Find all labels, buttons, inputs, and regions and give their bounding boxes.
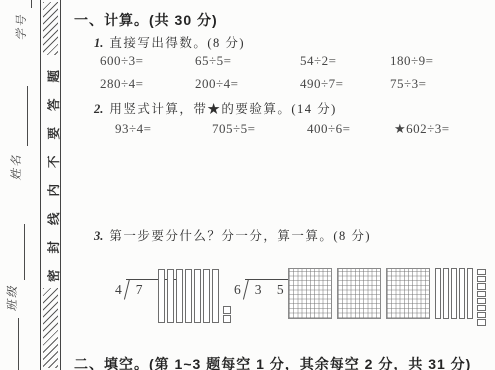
expression: 180÷9= bbox=[390, 53, 433, 69]
problem-2-number: 2. bbox=[94, 102, 103, 116]
expression: 400÷6= bbox=[307, 121, 350, 137]
tens-rod-block bbox=[194, 269, 201, 323]
ones-cube-block bbox=[477, 319, 486, 325]
tens-rod-block bbox=[467, 268, 473, 319]
seal-line-column: 密封线内不要答题 bbox=[40, 0, 61, 370]
ones-cube-block bbox=[223, 315, 231, 323]
ones-cube-block bbox=[477, 305, 486, 311]
expression: 93÷4= bbox=[115, 121, 151, 137]
ones-cube-block bbox=[477, 312, 486, 318]
base-ten-blocks-72 bbox=[158, 269, 231, 323]
tens-rod-block bbox=[212, 269, 219, 323]
problem-1-instruction: 1.直接写出得数。(8 分) bbox=[94, 33, 245, 51]
ones-cube-block bbox=[477, 276, 486, 282]
problem-3-number: 3. bbox=[94, 229, 103, 243]
division-figures: 47 2 63 5 8 bbox=[72, 265, 495, 327]
vertical-computation-row: 93÷4= 705÷5= 400÷6= ★602÷3= bbox=[72, 121, 495, 137]
section2-title: 二、填空。(第 1~3 题每空 1 分，其余每空 2 分，共 31 分) bbox=[74, 354, 471, 370]
expression: 600÷3= bbox=[100, 53, 143, 69]
class-blank-line bbox=[24, 224, 25, 280]
bottom-blank-line bbox=[18, 318, 19, 370]
tens-rod-block bbox=[158, 269, 165, 323]
expression: 54÷2= bbox=[300, 53, 336, 69]
name-blank-line bbox=[27, 86, 28, 146]
tens-rod-block bbox=[203, 269, 210, 323]
tens-rod-block bbox=[443, 268, 449, 319]
expression: 200÷4= bbox=[195, 76, 238, 92]
ones-cube-stack bbox=[477, 269, 486, 327]
hundreds-flat-block bbox=[337, 268, 381, 319]
tens-rod-block bbox=[451, 268, 457, 319]
problem-3-instruction: 3.第一步要分什么？分一分，算一算。(8 分) bbox=[94, 226, 371, 244]
worksheet-content: 一、计算。(共 30 分) 1.直接写出得数。(8 分) 600÷3= 65÷5… bbox=[72, 0, 495, 370]
ones-cube-block bbox=[477, 283, 486, 289]
class-label: 班级 bbox=[4, 280, 20, 316]
tens-rod-block bbox=[435, 268, 441, 319]
student-name-label: 姓名 bbox=[8, 149, 24, 185]
hatch-marks-bottom-icon bbox=[43, 288, 58, 368]
expression: 490÷7= bbox=[300, 76, 343, 92]
problem-1-number: 1. bbox=[94, 36, 103, 50]
hundreds-flat-block bbox=[386, 268, 430, 319]
ones-cube-block bbox=[477, 298, 486, 304]
base-ten-blocks-358 bbox=[288, 268, 486, 327]
problem-2-instruction: 2.用竖式计算，带★的要验算。(14 分) bbox=[94, 99, 337, 117]
tens-rod-block bbox=[459, 268, 465, 319]
tens-rod-block bbox=[176, 269, 183, 323]
hundreds-flat-block bbox=[288, 268, 332, 319]
ones-cube-block bbox=[223, 306, 231, 314]
tens-rod-block bbox=[185, 269, 192, 323]
problem-2-text: 用竖式计算，带★的要验算。(14 分) bbox=[109, 102, 336, 116]
expression: ★602÷3= bbox=[394, 121, 450, 137]
worksheet-page: 学号 姓名 班级 密封线内不要答题 一、计算。(共 30 分) 1.直接写出得数… bbox=[0, 0, 495, 370]
student-number-blank-line bbox=[31, 0, 32, 8]
problem-3-text: 第一步要分什么？分一分，算一算。(8 分) bbox=[109, 229, 371, 243]
expression: 705÷5= bbox=[212, 121, 255, 137]
direct-computation-row-2: 280÷4= 200÷4= 490÷7= 75÷3= bbox=[72, 76, 495, 92]
expression: 280÷4= bbox=[100, 76, 143, 92]
ones-cube-stack bbox=[223, 269, 231, 323]
hatch-marks-top-icon bbox=[43, 2, 58, 55]
section1-title: 一、计算。(共 30 分) bbox=[74, 10, 218, 30]
expression: 65÷5= bbox=[195, 53, 231, 69]
problem-1-text: 直接写出得数。(8 分) bbox=[109, 36, 245, 50]
ones-cube-block bbox=[477, 291, 486, 297]
student-number-label: 学号 bbox=[13, 9, 29, 45]
direct-computation-row-1: 600÷3= 65÷5= 54÷2= 180÷9= bbox=[72, 53, 495, 69]
seal-line-text: 密封线内不要答题 bbox=[44, 56, 60, 282]
expression: 75÷3= bbox=[390, 76, 426, 92]
ones-cube-block bbox=[477, 269, 486, 275]
tens-rod-block bbox=[167, 269, 174, 323]
